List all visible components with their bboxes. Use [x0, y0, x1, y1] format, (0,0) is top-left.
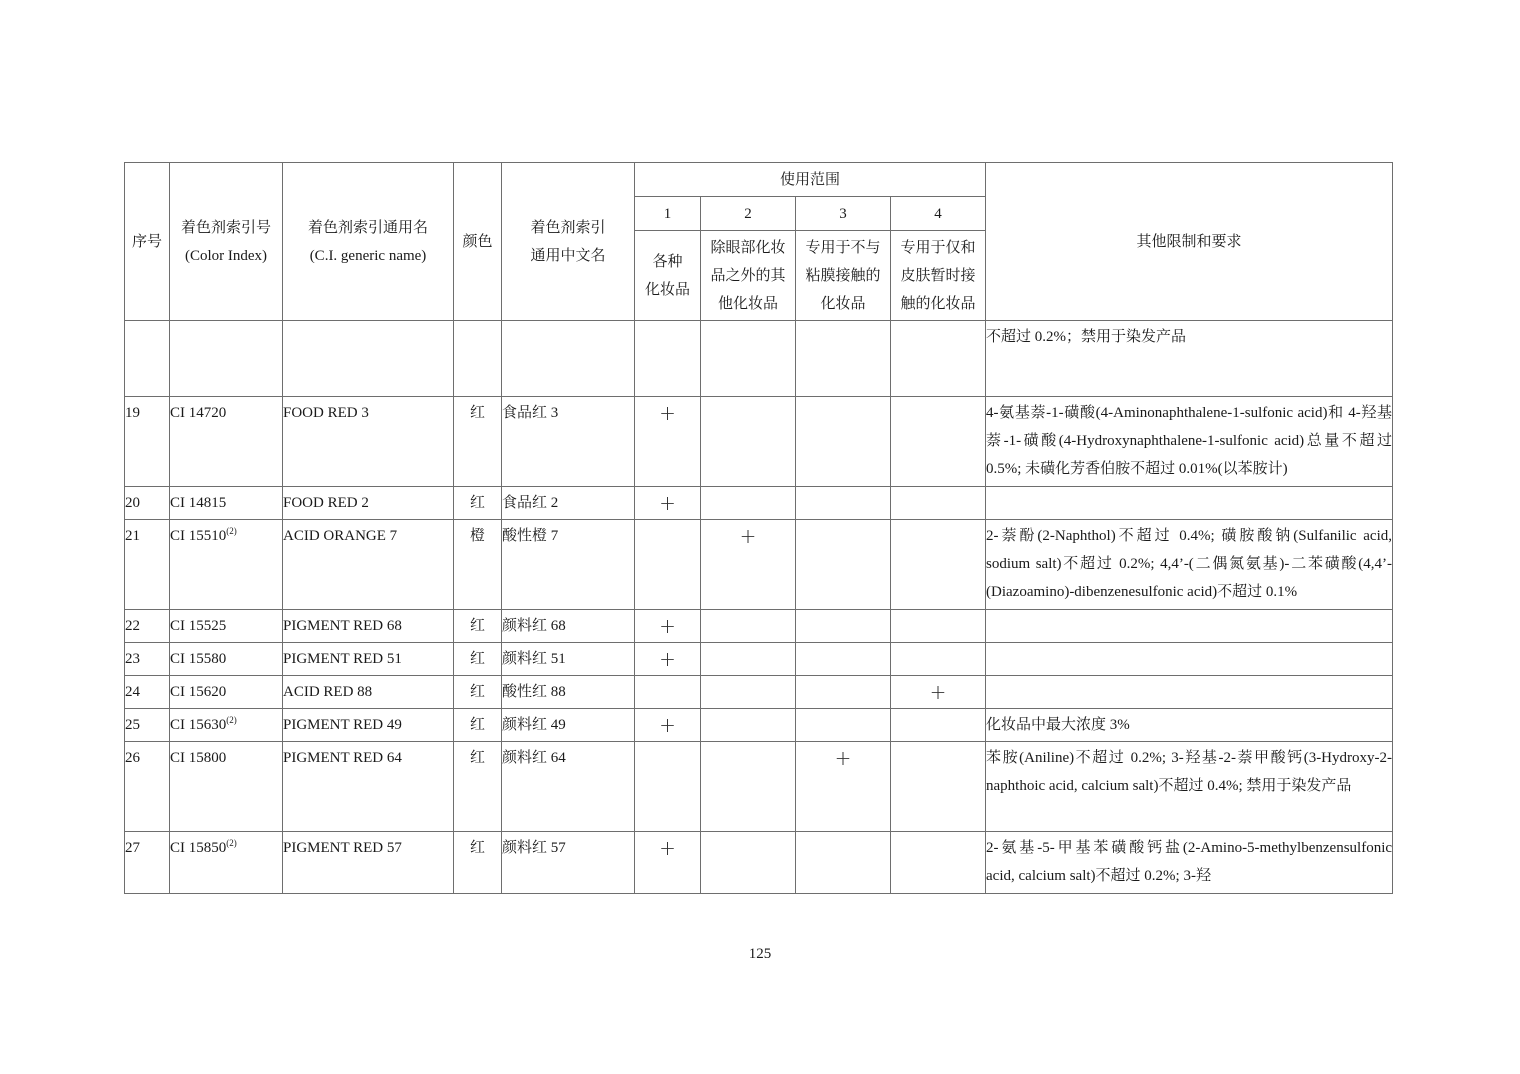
cell-cn-name-text: 颜料红 57	[502, 832, 634, 862]
plus-mark-icon: +	[891, 676, 985, 706]
cell-cn-name-text	[502, 321, 634, 323]
cell-remarks-text	[986, 487, 1392, 489]
cell-scope-1	[635, 321, 701, 397]
cell-scope-2	[701, 742, 796, 832]
cell-seq-text: 20	[125, 487, 169, 517]
header-ci-number-cn: 着色剂索引号	[170, 214, 282, 242]
table-row: 25CI 15630(2)PIGMENT RED 49红颜料红 49+化妆品中最…	[125, 709, 1393, 742]
cell-cn-name-text: 酸性橙 7	[502, 520, 634, 550]
ci-number: CI 15510	[170, 528, 226, 544]
ci-number: CI 15620	[170, 684, 226, 700]
cell-scope-2: +	[701, 520, 796, 610]
cell-color	[454, 321, 502, 397]
cell-ci-number: CI 15800	[170, 742, 283, 832]
header-scope-desc-2: 除眼部化妆 品之外的其 他化妆品	[701, 231, 796, 321]
cell-remarks	[986, 643, 1393, 676]
cell-cn-name-text: 酸性红 88	[502, 676, 634, 706]
table-row: 24CI 15620ACID RED 88红酸性红 88+	[125, 676, 1393, 709]
table-row: 23CI 15580PIGMENT RED 51红颜料红 51+	[125, 643, 1393, 676]
header-cn-name-line2: 通用中文名	[502, 242, 634, 270]
cell-scope-4	[891, 742, 986, 832]
cell-color: 红	[454, 709, 502, 742]
cell-seq-text: 27	[125, 832, 169, 862]
cell-ci-name-text	[283, 321, 453, 323]
cell-seq-text: 19	[125, 397, 169, 427]
cell-scope-1	[635, 742, 701, 832]
plus-mark-icon: +	[635, 610, 700, 640]
cell-scope-3	[796, 676, 891, 709]
cell-scope-4	[891, 832, 986, 894]
cell-seq: 19	[125, 397, 170, 487]
table-row: 22CI 15525PIGMENT RED 68红颜料红 68+	[125, 610, 1393, 643]
cell-scope-3	[796, 397, 891, 487]
scope-desc-line: 各种	[635, 248, 700, 276]
cell-scope-1: +	[635, 643, 701, 676]
cell-color: 红	[454, 643, 502, 676]
cell-seq-text	[125, 321, 169, 323]
cell-ci-number-text: CI 15580	[170, 643, 282, 673]
cell-ci-number-text: CI 15850(2)	[170, 832, 282, 862]
cell-ci-name-text: PIGMENT RED 68	[283, 610, 453, 640]
cell-cn-name-text: 食品红 2	[502, 487, 634, 517]
cell-ci-name: PIGMENT RED 68	[283, 610, 454, 643]
cell-color-text: 红	[454, 742, 501, 772]
cell-remarks: 苯胺(Aniline)不超过 0.2%; 3-羟基-2-萘甲酸钙(3-Hydro…	[986, 742, 1393, 832]
cell-color-text: 红	[454, 832, 501, 862]
cell-ci-name: ACID RED 88	[283, 676, 454, 709]
scope-desc-line: 粘膜接触的	[796, 262, 890, 290]
cell-ci-name-text: PIGMENT RED 64	[283, 742, 453, 772]
cell-scope-4	[891, 321, 986, 397]
cell-scope-3	[796, 610, 891, 643]
cell-seq: 27	[125, 832, 170, 894]
cell-ci-name-text: FOOD RED 3	[283, 397, 453, 427]
table-row: 27CI 15850(2)PIGMENT RED 57红颜料红 57+2-氨基-…	[125, 832, 1393, 894]
scope-desc-line: 专用于仅和	[891, 234, 985, 262]
cell-scope-3	[796, 321, 891, 397]
cell-scope-3	[796, 487, 891, 520]
cell-scope-4	[891, 487, 986, 520]
scope-desc-line: 化妆品	[635, 276, 700, 304]
cell-color-text: 红	[454, 487, 501, 517]
cell-cn-name-text: 颜料红 51	[502, 643, 634, 673]
cell-ci-number-text: CI 14720	[170, 397, 282, 427]
header-ci-name-cn: 着色剂索引通用名	[283, 214, 453, 242]
cell-color: 红	[454, 676, 502, 709]
cell-seq: 22	[125, 610, 170, 643]
footnote-marker: (2)	[226, 715, 237, 725]
cell-ci-name: PIGMENT RED 49	[283, 709, 454, 742]
cell-cn-name-text: 食品红 3	[502, 397, 634, 427]
header-scope-desc-4: 专用于仅和 皮肤暂时接 触的化妆品	[891, 231, 986, 321]
cell-ci-name: PIGMENT RED 57	[283, 832, 454, 894]
cell-cn-name-text: 颜料红 68	[502, 610, 634, 640]
cell-scope-1: +	[635, 832, 701, 894]
cell-remarks-text	[986, 676, 1392, 678]
cell-color: 红	[454, 487, 502, 520]
page-number: 125	[0, 946, 1520, 963]
header-scope-2: 2	[701, 197, 796, 231]
header-cn-name-line1: 着色剂索引	[502, 214, 634, 242]
ci-number: CI 15525	[170, 618, 226, 634]
cell-scope-4: +	[891, 676, 986, 709]
cell-color-text: 红	[454, 397, 501, 427]
scope-desc-line: 除眼部化妆	[701, 234, 795, 262]
cell-scope-4	[891, 610, 986, 643]
cell-cn-name: 颜料红 64	[502, 742, 635, 832]
ci-number: CI 15580	[170, 651, 226, 667]
cell-ci-number: CI 15510(2)	[170, 520, 283, 610]
cell-ci-number-text: CI 15800	[170, 742, 282, 772]
cell-seq-text: 22	[125, 610, 169, 640]
cell-remarks-text: 4-氨基萘-1-磺酸(4-Aminonaphthalene-1-sulfonic…	[986, 397, 1392, 483]
header-ci-number-en: (Color Index)	[170, 242, 282, 270]
cell-seq: 26	[125, 742, 170, 832]
cell-remarks	[986, 487, 1393, 520]
cell-remarks: 化妆品中最大浓度 3%	[986, 709, 1393, 742]
cell-scope-2	[701, 709, 796, 742]
cell-remarks-text: 2-萘酚(2-Naphthol)不超过 0.4%; 磺胺酸钠(Sulfanili…	[986, 520, 1392, 606]
plus-mark-icon: +	[635, 709, 700, 739]
cell-ci-number-text	[170, 321, 282, 323]
cell-remarks	[986, 610, 1393, 643]
cell-scope-1: +	[635, 397, 701, 487]
cell-scope-4	[891, 397, 986, 487]
header-remarks: 其他限制和要求	[986, 163, 1393, 321]
cell-cn-name: 酸性橙 7	[502, 520, 635, 610]
cell-remarks-text: 苯胺(Aniline)不超过 0.2%; 3-羟基-2-萘甲酸钙(3-Hydro…	[986, 742, 1392, 800]
footnote-marker: (2)	[226, 526, 237, 536]
cell-ci-name: FOOD RED 2	[283, 487, 454, 520]
cell-scope-2	[701, 397, 796, 487]
header-scope-4: 4	[891, 197, 986, 231]
cell-seq-text: 24	[125, 676, 169, 706]
cell-scope-3	[796, 520, 891, 610]
cell-scope-2	[701, 610, 796, 643]
plus-mark-icon: +	[635, 487, 700, 517]
cell-remarks: 2-萘酚(2-Naphthol)不超过 0.4%; 磺胺酸钠(Sulfanili…	[986, 520, 1393, 610]
header-scope-desc-3: 专用于不与 粘膜接触的 化妆品	[796, 231, 891, 321]
cell-scope-2	[701, 487, 796, 520]
ci-number: CI 15850	[170, 840, 226, 856]
cell-cn-name-text: 颜料红 64	[502, 742, 634, 772]
cell-ci-name: PIGMENT RED 51	[283, 643, 454, 676]
cell-seq: 24	[125, 676, 170, 709]
cell-scope-3: +	[796, 742, 891, 832]
cell-scope-1	[635, 520, 701, 610]
footnote-marker: (2)	[226, 838, 237, 848]
cell-seq-text: 23	[125, 643, 169, 673]
cell-scope-3	[796, 832, 891, 894]
scope-desc-line: 触的化妆品	[891, 290, 985, 318]
cell-cn-name: 颜料红 68	[502, 610, 635, 643]
cell-ci-number-text: CI 15630(2)	[170, 709, 282, 739]
cell-ci-name-text: ACID RED 88	[283, 676, 453, 706]
cell-color-text	[454, 321, 501, 323]
cell-seq	[125, 321, 170, 397]
header-color: 颜色	[454, 163, 502, 321]
cell-color: 红	[454, 610, 502, 643]
cell-cn-name: 食品红 2	[502, 487, 635, 520]
cell-seq-text: 25	[125, 709, 169, 739]
cell-ci-name: FOOD RED 3	[283, 397, 454, 487]
cell-ci-number-text: CI 15620	[170, 676, 282, 706]
cell-seq: 25	[125, 709, 170, 742]
scope-desc-line: 专用于不与	[796, 234, 890, 262]
cell-ci-name-text: FOOD RED 2	[283, 487, 453, 517]
cell-seq: 21	[125, 520, 170, 610]
plus-mark-icon: +	[635, 643, 700, 673]
header-seq: 序号	[125, 163, 170, 321]
cell-remarks: 4-氨基萘-1-磺酸(4-Aminonaphthalene-1-sulfonic…	[986, 397, 1393, 487]
cell-ci-number: CI 14815	[170, 487, 283, 520]
cell-remarks-text: 化妆品中最大浓度 3%	[986, 709, 1392, 739]
cell-seq: 20	[125, 487, 170, 520]
cell-cn-name: 酸性红 88	[502, 676, 635, 709]
table-row: 26CI 15800PIGMENT RED 64红颜料红 64+苯胺(Anili…	[125, 742, 1393, 832]
cell-scope-2	[701, 321, 796, 397]
cell-color: 红	[454, 832, 502, 894]
cell-cn-name-text: 颜料红 49	[502, 709, 634, 739]
plus-mark-icon: +	[635, 832, 700, 862]
scope-desc-line: 化妆品	[796, 290, 890, 318]
cell-seq: 23	[125, 643, 170, 676]
header-cn-name: 着色剂索引 通用中文名	[502, 163, 635, 321]
cell-ci-name-text: PIGMENT RED 57	[283, 832, 453, 862]
cell-color: 红	[454, 742, 502, 832]
cell-scope-2	[701, 676, 796, 709]
ci-number: CI 14720	[170, 405, 226, 421]
plus-mark-icon: +	[796, 742, 890, 772]
table-row: 19CI 14720FOOD RED 3红食品红 3+4-氨基萘-1-磺酸(4-…	[125, 397, 1393, 487]
cell-scope-2	[701, 643, 796, 676]
cell-remarks	[986, 676, 1393, 709]
cell-ci-name: ACID ORANGE 7	[283, 520, 454, 610]
plus-mark-icon: +	[635, 397, 700, 427]
cell-scope-1: +	[635, 487, 701, 520]
cell-scope-3	[796, 643, 891, 676]
cell-ci-number: CI 15630(2)	[170, 709, 283, 742]
cell-remarks-text: 2-氨基-5-甲基苯磺酸钙盐(2-Amino-5-methylbenzensul…	[986, 832, 1392, 890]
cell-remarks: 2-氨基-5-甲基苯磺酸钙盐(2-Amino-5-methylbenzensul…	[986, 832, 1393, 894]
ci-number: CI 15800	[170, 750, 226, 766]
cell-cn-name	[502, 321, 635, 397]
header-ci-number: 着色剂索引号 (Color Index)	[170, 163, 283, 321]
ci-number: CI 15630	[170, 717, 226, 733]
header-scope-desc-1: 各种 化妆品	[635, 231, 701, 321]
scope-desc-line: 他化妆品	[701, 290, 795, 318]
cell-color: 橙	[454, 520, 502, 610]
cell-color-text: 红	[454, 610, 501, 640]
cell-remarks-text	[986, 643, 1392, 645]
cell-scope-4	[891, 709, 986, 742]
colorant-table: 序号 着色剂索引号 (Color Index) 着色剂索引通用名 (C.I. g…	[124, 162, 1393, 894]
cell-ci-number: CI 15850(2)	[170, 832, 283, 894]
cell-scope-3	[796, 709, 891, 742]
cell-ci-name-text: PIGMENT RED 51	[283, 643, 453, 673]
scope-desc-line: 品之外的其	[701, 262, 795, 290]
cell-ci-number: CI 14720	[170, 397, 283, 487]
cell-scope-4	[891, 643, 986, 676]
cell-ci-number: CI 15525	[170, 610, 283, 643]
cell-remarks-text: 不超过 0.2%；禁用于染发产品	[986, 321, 1392, 351]
cell-remarks: 不超过 0.2%；禁用于染发产品	[986, 321, 1393, 397]
header-ci-name: 着色剂索引通用名 (C.I. generic name)	[283, 163, 454, 321]
table-row: 不超过 0.2%；禁用于染发产品	[125, 321, 1393, 397]
header-scope-3: 3	[796, 197, 891, 231]
cell-remarks-text	[986, 610, 1392, 612]
table-row: 20CI 14815FOOD RED 2红食品红 2+	[125, 487, 1393, 520]
cell-ci-number: CI 15620	[170, 676, 283, 709]
cell-ci-name-text: ACID ORANGE 7	[283, 520, 453, 550]
cell-scope-1: +	[635, 709, 701, 742]
table-body: 不超过 0.2%；禁用于染发产品19CI 14720FOOD RED 3红食品红…	[125, 321, 1393, 894]
cell-cn-name: 颜料红 49	[502, 709, 635, 742]
cell-cn-name: 颜料红 57	[502, 832, 635, 894]
cell-ci-number-text: CI 14815	[170, 487, 282, 517]
cell-seq-text: 21	[125, 520, 169, 550]
header-ci-name-en: (C.I. generic name)	[283, 242, 453, 270]
cell-ci-name: PIGMENT RED 64	[283, 742, 454, 832]
cell-cn-name: 颜料红 51	[502, 643, 635, 676]
cell-seq-text: 26	[125, 742, 169, 772]
header-scope-title: 使用范围	[635, 163, 986, 197]
cell-color-text: 橙	[454, 520, 501, 550]
cell-scope-1: +	[635, 610, 701, 643]
cell-ci-name	[283, 321, 454, 397]
cell-scope-2	[701, 832, 796, 894]
cell-color-text: 红	[454, 676, 501, 706]
cell-color-text: 红	[454, 643, 501, 673]
cell-scope-4	[891, 520, 986, 610]
cell-ci-number	[170, 321, 283, 397]
cell-scope-1	[635, 676, 701, 709]
cell-ci-number: CI 15580	[170, 643, 283, 676]
cell-ci-number-text: CI 15525	[170, 610, 282, 640]
cell-ci-name-text: PIGMENT RED 49	[283, 709, 453, 739]
header-scope-1: 1	[635, 197, 701, 231]
cell-ci-number-text: CI 15510(2)	[170, 520, 282, 550]
cell-cn-name: 食品红 3	[502, 397, 635, 487]
plus-mark-icon: +	[701, 520, 795, 550]
scope-desc-line: 皮肤暂时接	[891, 262, 985, 290]
cell-color-text: 红	[454, 709, 501, 739]
table-row: 21CI 15510(2)ACID ORANGE 7橙酸性橙 7+2-萘酚(2-…	[125, 520, 1393, 610]
cell-color: 红	[454, 397, 502, 487]
ci-number: CI 14815	[170, 495, 226, 511]
